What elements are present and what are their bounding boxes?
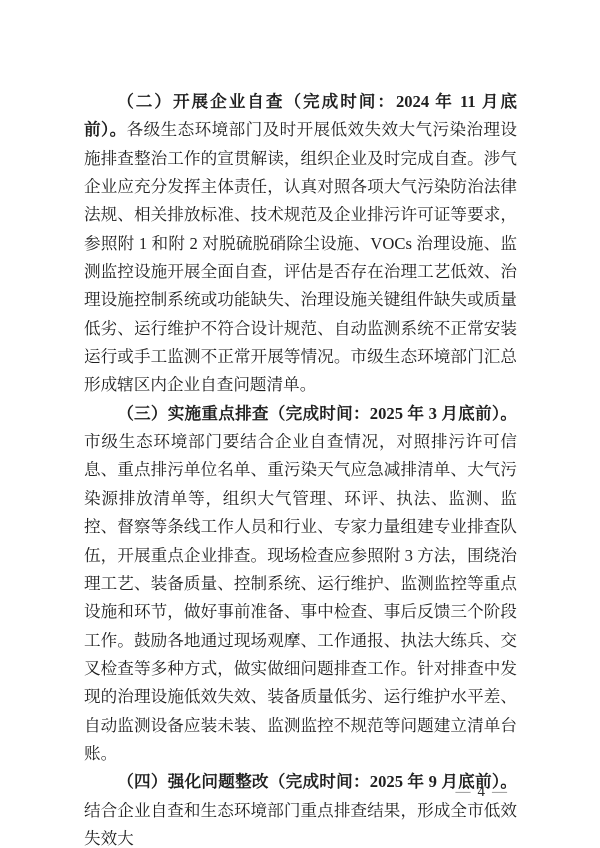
document-page: （二）开展企业自查（完成时间：2024 年 11 月底前）。各级生态环境部门及时… [0, 0, 600, 848]
paragraph-section-4: （四）强化问题整改（完成时间：2025 年 9 月底前）。结合企业自查和生态环境… [84, 768, 517, 848]
page-number: —4— [456, 783, 508, 801]
section-3-heading: （三）实施重点排查（完成时间：2025 年 3 月底前）。 [117, 404, 517, 423]
section-3-text: 市级生态环境部门要结合企业自查情况，对照排污许可信息、重点排污单位名单、重污染天… [84, 432, 517, 763]
section-4-text: 结合企业自查和生态环境部门重点排查结果，形成全市低效失效大 [84, 801, 517, 848]
paragraph-section-2: （二）开展企业自查（完成时间：2024 年 11 月底前）。各级生态环境部门及时… [84, 88, 517, 400]
page-number-right-dash: — [492, 784, 507, 800]
page-number-value: 4 [478, 784, 486, 800]
document-body: （二）开展企业自查（完成时间：2024 年 11 月底前）。各级生态环境部门及时… [84, 88, 517, 848]
section-2-text: 各级生态环境部门及时开展低效失效大气污染治理设施排查整治工作的宣贯解读，组织企业… [84, 120, 517, 394]
page-number-left-dash: — [456, 784, 471, 800]
paragraph-section-3: （三）实施重点排查（完成时间：2025 年 3 月底前）。市级生态环境部门要结合… [84, 400, 517, 768]
